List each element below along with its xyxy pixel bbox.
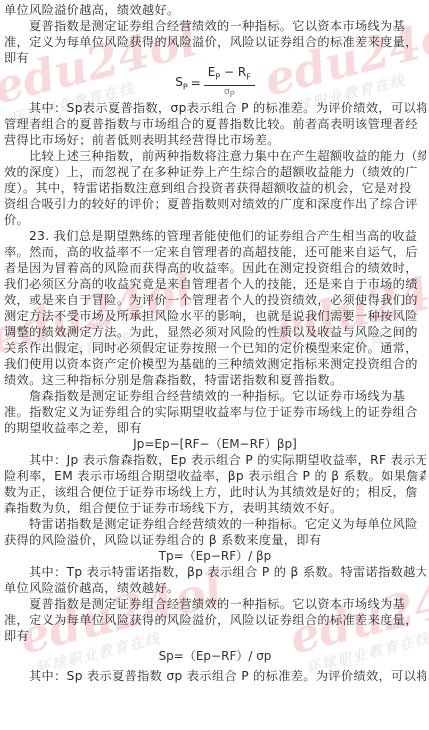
paragraph-line: 我们必须区分高的收益究竟是来自管理者个人的技能，还是来自于市场的绩	[4, 276, 426, 292]
paragraph-line: 数为正，该组合便位于证券市场线上方，此时认为其绩效是好的；相反，詹	[4, 484, 426, 500]
paragraph-line: 詹森指数是测定证券组合经营绩效的一种指标。它以证券市场线为基	[4, 388, 426, 404]
paragraph-line: 资组合吸引力的较好的评价；夏普指数则对绩效的广度和深度作出了综合评	[4, 196, 426, 212]
paragraph-line: 险利率，EM 表示市场组合期望收益率，βp 表示组合 P 的 β 系数。如果詹森…	[4, 468, 426, 484]
paragraph-line: 获得的风险溢价，风险以证券组合的 β 系数来度量，即有	[4, 532, 426, 548]
paragraph-line: 单位风险溢价越高，绩效越好。	[4, 2, 426, 18]
paragraph-line: 营得比市场好；前者低则表明其经营得比市场差。	[4, 132, 426, 148]
paragraph-line: 价。	[4, 212, 426, 228]
jensen-formula: Jp=Ep−[RF−（EM−RF）βp]	[4, 436, 426, 452]
paragraph-line: 即有	[4, 628, 426, 644]
paragraph-line: 23. 我们总是期望熟练的管理者能使他们的证券组合产生相当高的收益	[4, 228, 426, 244]
paragraph-line: 效的深度）上，而忽视了在多种证券上产生综合的超额收益能力（绩效的广	[4, 164, 426, 180]
paragraph-line: 的期望收益率之差，即有	[4, 420, 426, 436]
sharpe-formula: Sp=（Ep−RF）/ σp	[4, 644, 426, 668]
paragraph-line: 单位风险溢价越高，绩效越好。	[4, 580, 426, 596]
paragraph-line: 准，定义为每单位风险获得的风险溢价，风险以证券组合的标准差来度量，	[4, 34, 426, 50]
paragraph-line: 我们使用以资本资产定价模型为基础的三种绩效测定指标来测定投资组合的	[4, 356, 426, 372]
paragraph-line: 其中：Tp 表示特雷诺指数，βp 表示组合 P 的 β 系数。特雷诺指数越大，	[4, 564, 426, 580]
treynor-formula: Tp=（Ep−RF）/ βp	[4, 548, 426, 564]
paragraph-line: 度）。其中，特雷诺指数注意到组合投资者获得超额收益的机会，它是对投	[4, 180, 426, 196]
paragraph-line: 调整的绩效测定方法。为此，显然必须对风险的性质以及收益与风险之间的	[4, 324, 426, 340]
paragraph-line: 测定方法不受市场及所承担风险水平的影响，也就是说我们需要一种按风险	[4, 308, 426, 324]
paragraph-line: 其中：Sp表示夏普指数，σp表示组合 P 的标准差。为评价绩效，可以将	[4, 100, 426, 116]
paragraph-line: 准，定义为每单位风险获得的风险溢价，风险以证券组合的标准差来度量，	[4, 612, 426, 628]
paragraph-line: 特雷诺指数是测定证券组合经营绩效的一种指标。它定义为每单位风险	[4, 516, 426, 532]
paragraph-line: 绩效。这三种指标分别是詹森指数，特雷诺指数和夏普指数。	[4, 372, 426, 388]
paragraph-line: 准。指数定义为证券组合的实际期望收益率与位于证券市场线上的证券组合	[4, 404, 426, 420]
paragraph-line: 比较上述三种指数，前两种指数将注意力集中在产生超额收益的能力（绩	[4, 148, 426, 164]
paragraph-line: 率。然而，高的收益率不一定来自管理者的高超技能，还可能来自运气，后	[4, 244, 426, 260]
paragraph-line: 管理者组合的夏普指数与市场组合的夏普指数比较。前者高表明该管理者经	[4, 116, 426, 132]
sharpe-formula-fraction: SP = EP − RF σP	[4, 66, 426, 100]
paragraph-line: 夏普指数是测定证券组合经营绩效的一种指标。它以资本市场线为基	[4, 18, 426, 34]
paragraph-line: 夏普指数是测定证券组合经营绩效的一种指标。它以资本市场线为基	[4, 596, 426, 612]
paragraph-line: 其中：Sp 表示夏普指数 σp 表示组合 P 的标准差。为评价绩效，可以将管	[4, 668, 426, 684]
document-body: 单位风险溢价越高，绩效越好。 夏普指数是测定证券组合经营绩效的一种指标。它以资本…	[4, 2, 426, 684]
paragraph-line: 关系作出假定，同时必须假定证券按照一个已知的定价模型来定价。通常，	[4, 340, 426, 356]
paragraph-line: 森指数为负，组合便位于证券市场线下方，表明其绩效不好。	[4, 500, 426, 516]
paragraph-line: 者是因为冒着高的风险而获得高的收益率。因此在测定投资组合的绩效时，	[4, 260, 426, 276]
fraction: EP − RF σP	[204, 65, 255, 101]
paragraph-line: 效，或是来自于冒险。为评价一个管理者个人的投资绩效，必须使得我们的	[4, 292, 426, 308]
paragraph-line: 其中：Jp 表示詹森指数，Ep 表示组合 P 的实际期望收益率，RF 表示无风	[4, 452, 426, 468]
paragraph-line: 即有	[4, 50, 426, 66]
